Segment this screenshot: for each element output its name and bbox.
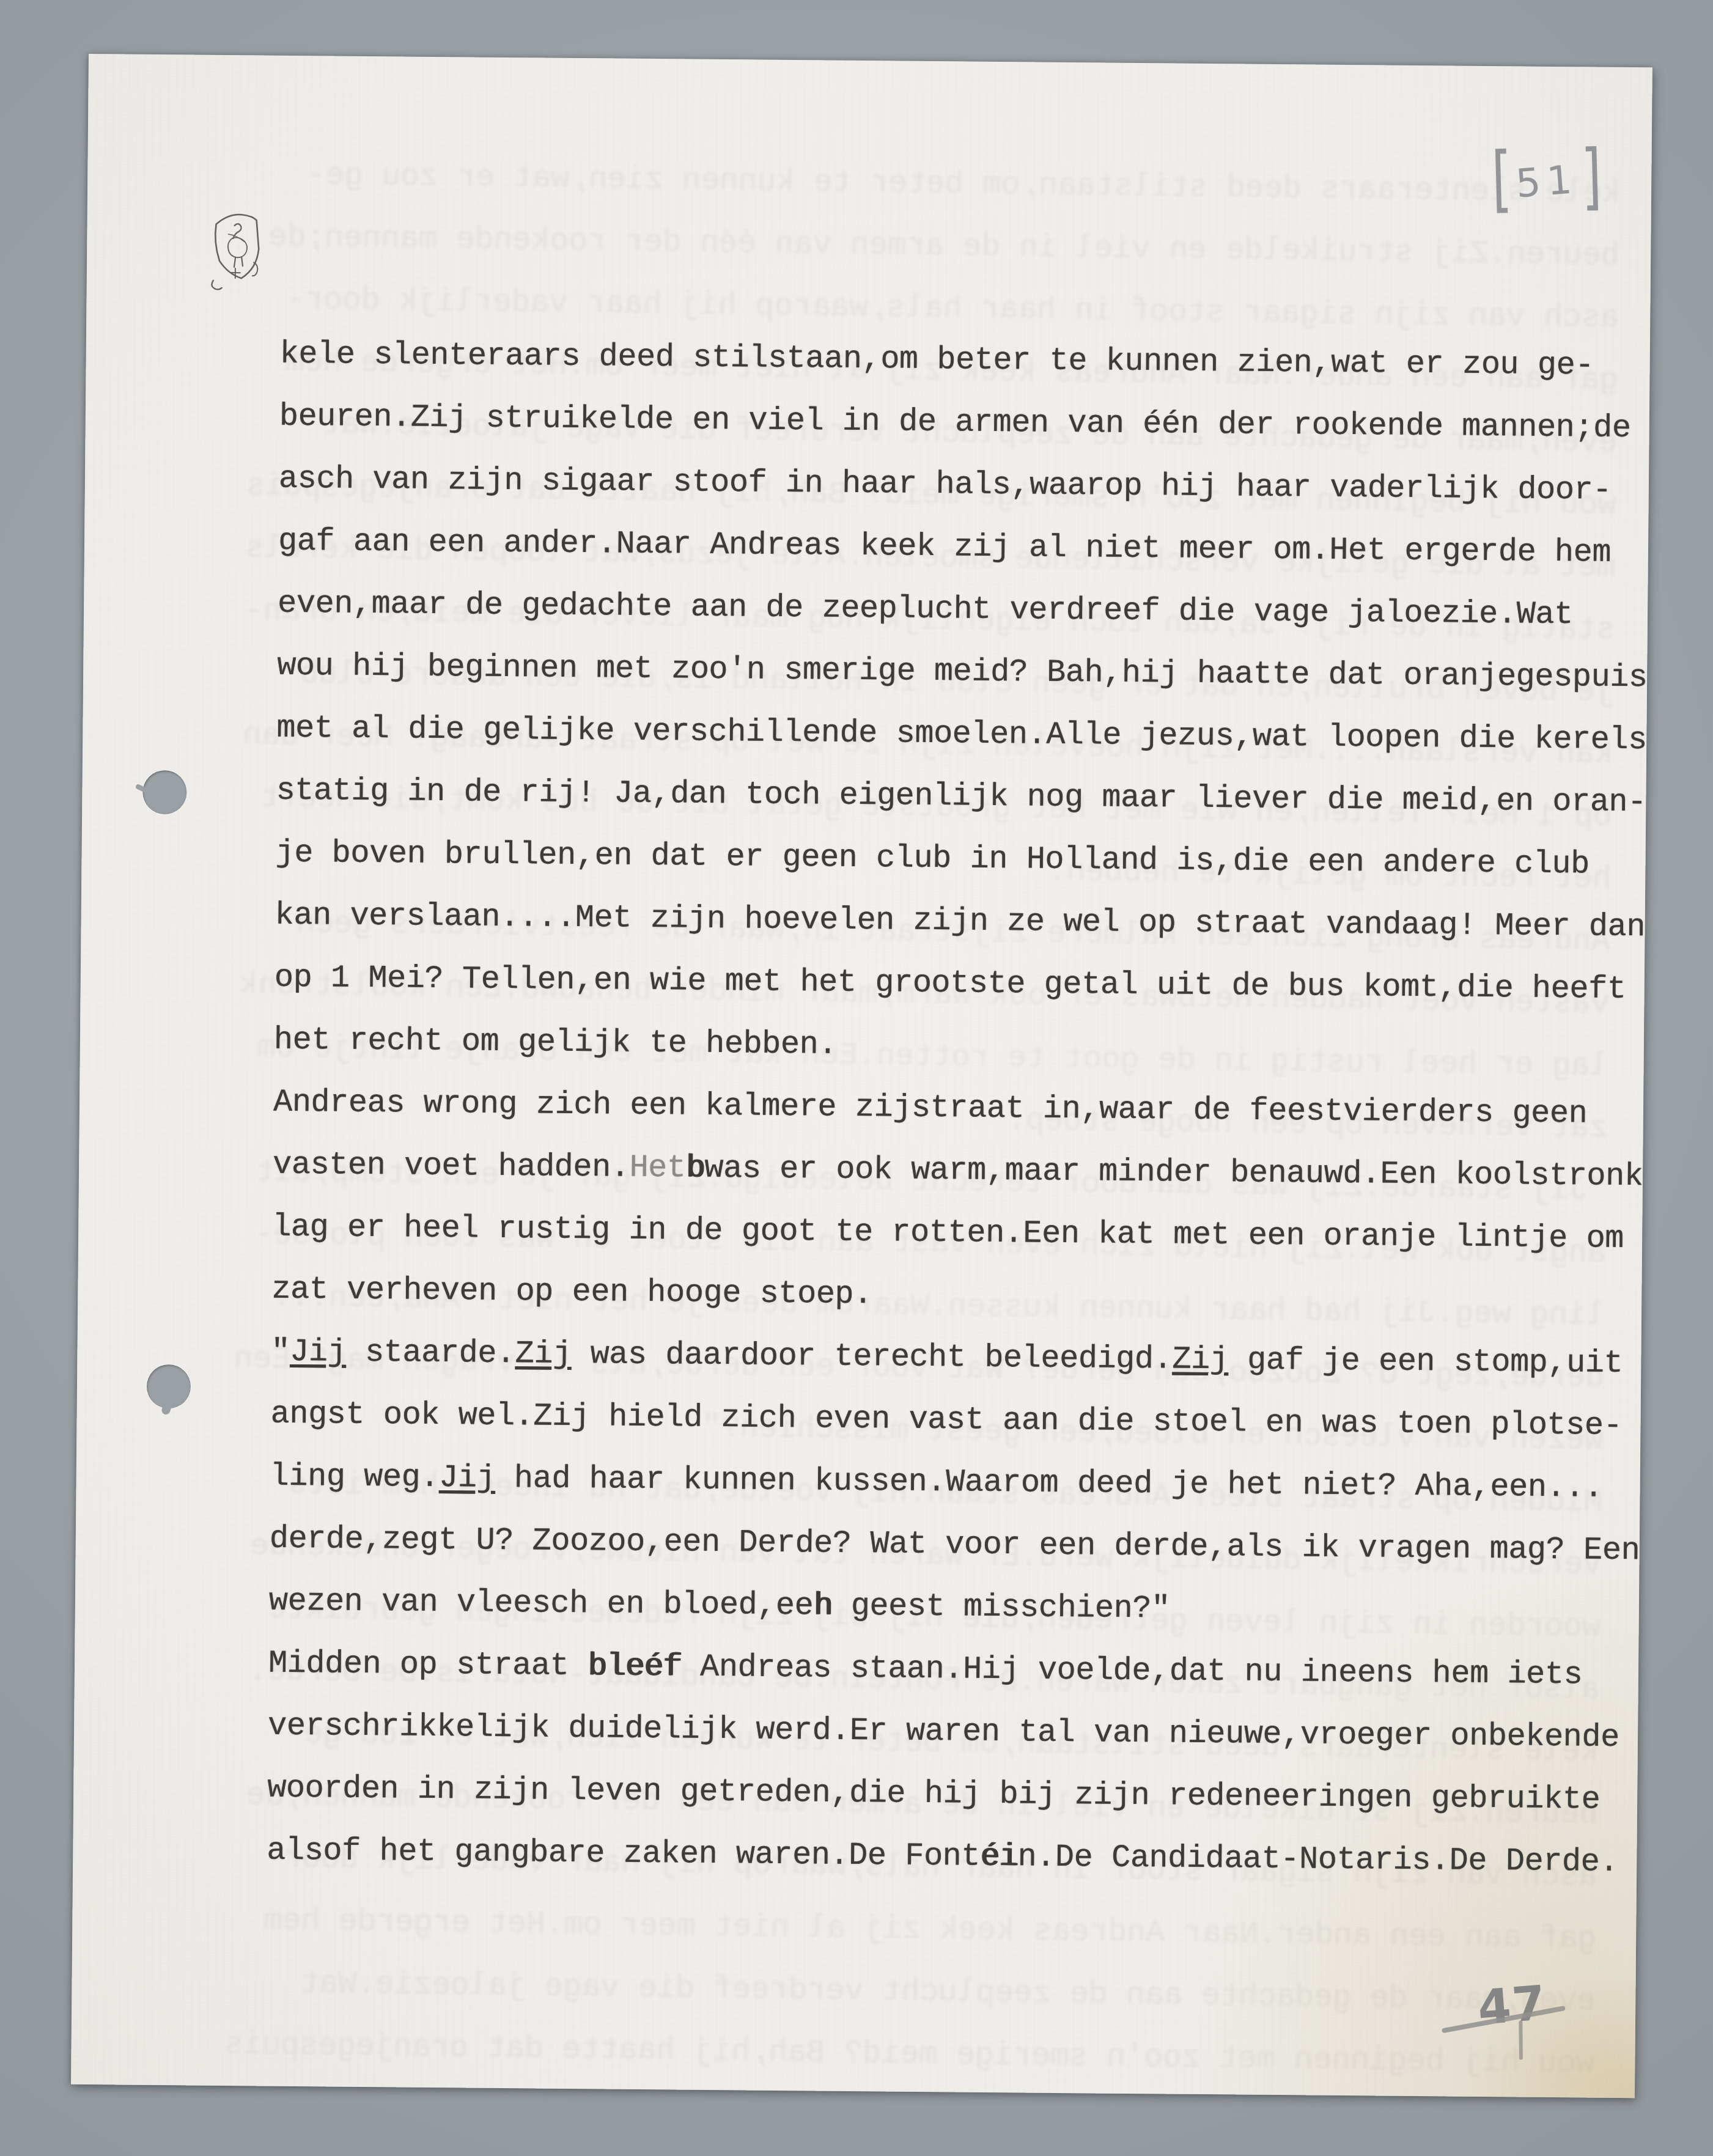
folio-number: 51 — [1514, 157, 1580, 207]
typed-line: alsof het gangbare zaken waren.De Fontéi… — [267, 1820, 1637, 1894]
folio-number-pencil: [ 51 ] — [1487, 139, 1607, 215]
typed-line: je boven brullen,en dat er geen club in … — [275, 822, 1646, 897]
typed-line: wou hij beginnen met zoo'n smerige meid?… — [277, 635, 1648, 710]
typed-line: zat verheven op een hooge stoep. — [271, 1259, 1642, 1333]
typed-line: beuren.Zij struikelde en viel in de arme… — [279, 386, 1649, 460]
punch-hole-tear — [161, 1400, 173, 1416]
punch-hole — [142, 770, 187, 815]
typed-line: gaf aan een ander.Naar Andreas keek zij … — [278, 510, 1649, 585]
typed-line: even,maar de gedachte aan de zeeplucht v… — [278, 573, 1648, 647]
typed-line: asch van zijn sigaar stoof in haar hals,… — [278, 448, 1649, 523]
pencil-stroke — [1519, 2020, 1523, 2059]
typed-line: derde,zegt U? Zoozoo,een Derde? Wat voor… — [269, 1508, 1640, 1583]
folio-close-bracket: ] — [1581, 139, 1603, 212]
typed-line: vasten voet hadden.Hetbwas er ook warm,m… — [273, 1134, 1643, 1209]
typed-line: Midden op straat bleéf Andreas staan.Hij… — [268, 1633, 1639, 1707]
typed-line: "Jij staarde.Zij was daardoor terecht be… — [271, 1321, 1641, 1396]
folio-open-bracket: [ — [1490, 142, 1512, 215]
typed-line: lag er heel rustig in de goot te rotten.… — [272, 1196, 1643, 1271]
archive-number-pencil: 47 — [1476, 1976, 1549, 2036]
punch-hole-tear — [135, 784, 148, 793]
typed-line: kan verslaan....Met zijn hoevelen zijn z… — [274, 885, 1645, 959]
typed-line: verschrikkelijk duidelijk werd.Er waren … — [268, 1695, 1638, 1770]
shield-bird-stamp-icon — [211, 210, 267, 291]
typed-line: statig in de rij! Ja,dan toch eigenlijk … — [276, 760, 1646, 834]
typed-line: kele slenteraars deed stilstaan,om beter… — [279, 323, 1650, 398]
punch-hole — [147, 1364, 191, 1409]
archive-number: 47 — [1476, 1976, 1549, 2036]
document-page: kele slenteraars deed stilstaan,om beter… — [71, 54, 1652, 2098]
typed-line: met al die gelijke verschillende smoelen… — [276, 697, 1647, 772]
typed-line: het recht om gelijk te hebben. — [273, 1009, 1644, 1084]
scan-background: { "document": { "kind": "typewritten-man… — [0, 0, 1713, 2156]
typed-line: woorden in zijn leven getreden,die hij b… — [267, 1757, 1638, 1832]
typed-line: ling weg.Jij had haar kunnen kussen.Waar… — [270, 1446, 1640, 1520]
typed-line: wezen van vleesch en bloed,eeh geest mis… — [268, 1570, 1639, 1645]
typed-line: Andreas wrong zich een kalmere zijstraat… — [273, 1072, 1644, 1146]
typed-text: kele slenteraars deed stilstaan,om beter… — [267, 323, 1651, 1894]
typed-line: op 1 Mei? Tellen,en wie met het grootste… — [274, 947, 1645, 1021]
typed-line: angst ook wel.Zij hield zich even vast a… — [270, 1383, 1641, 1458]
